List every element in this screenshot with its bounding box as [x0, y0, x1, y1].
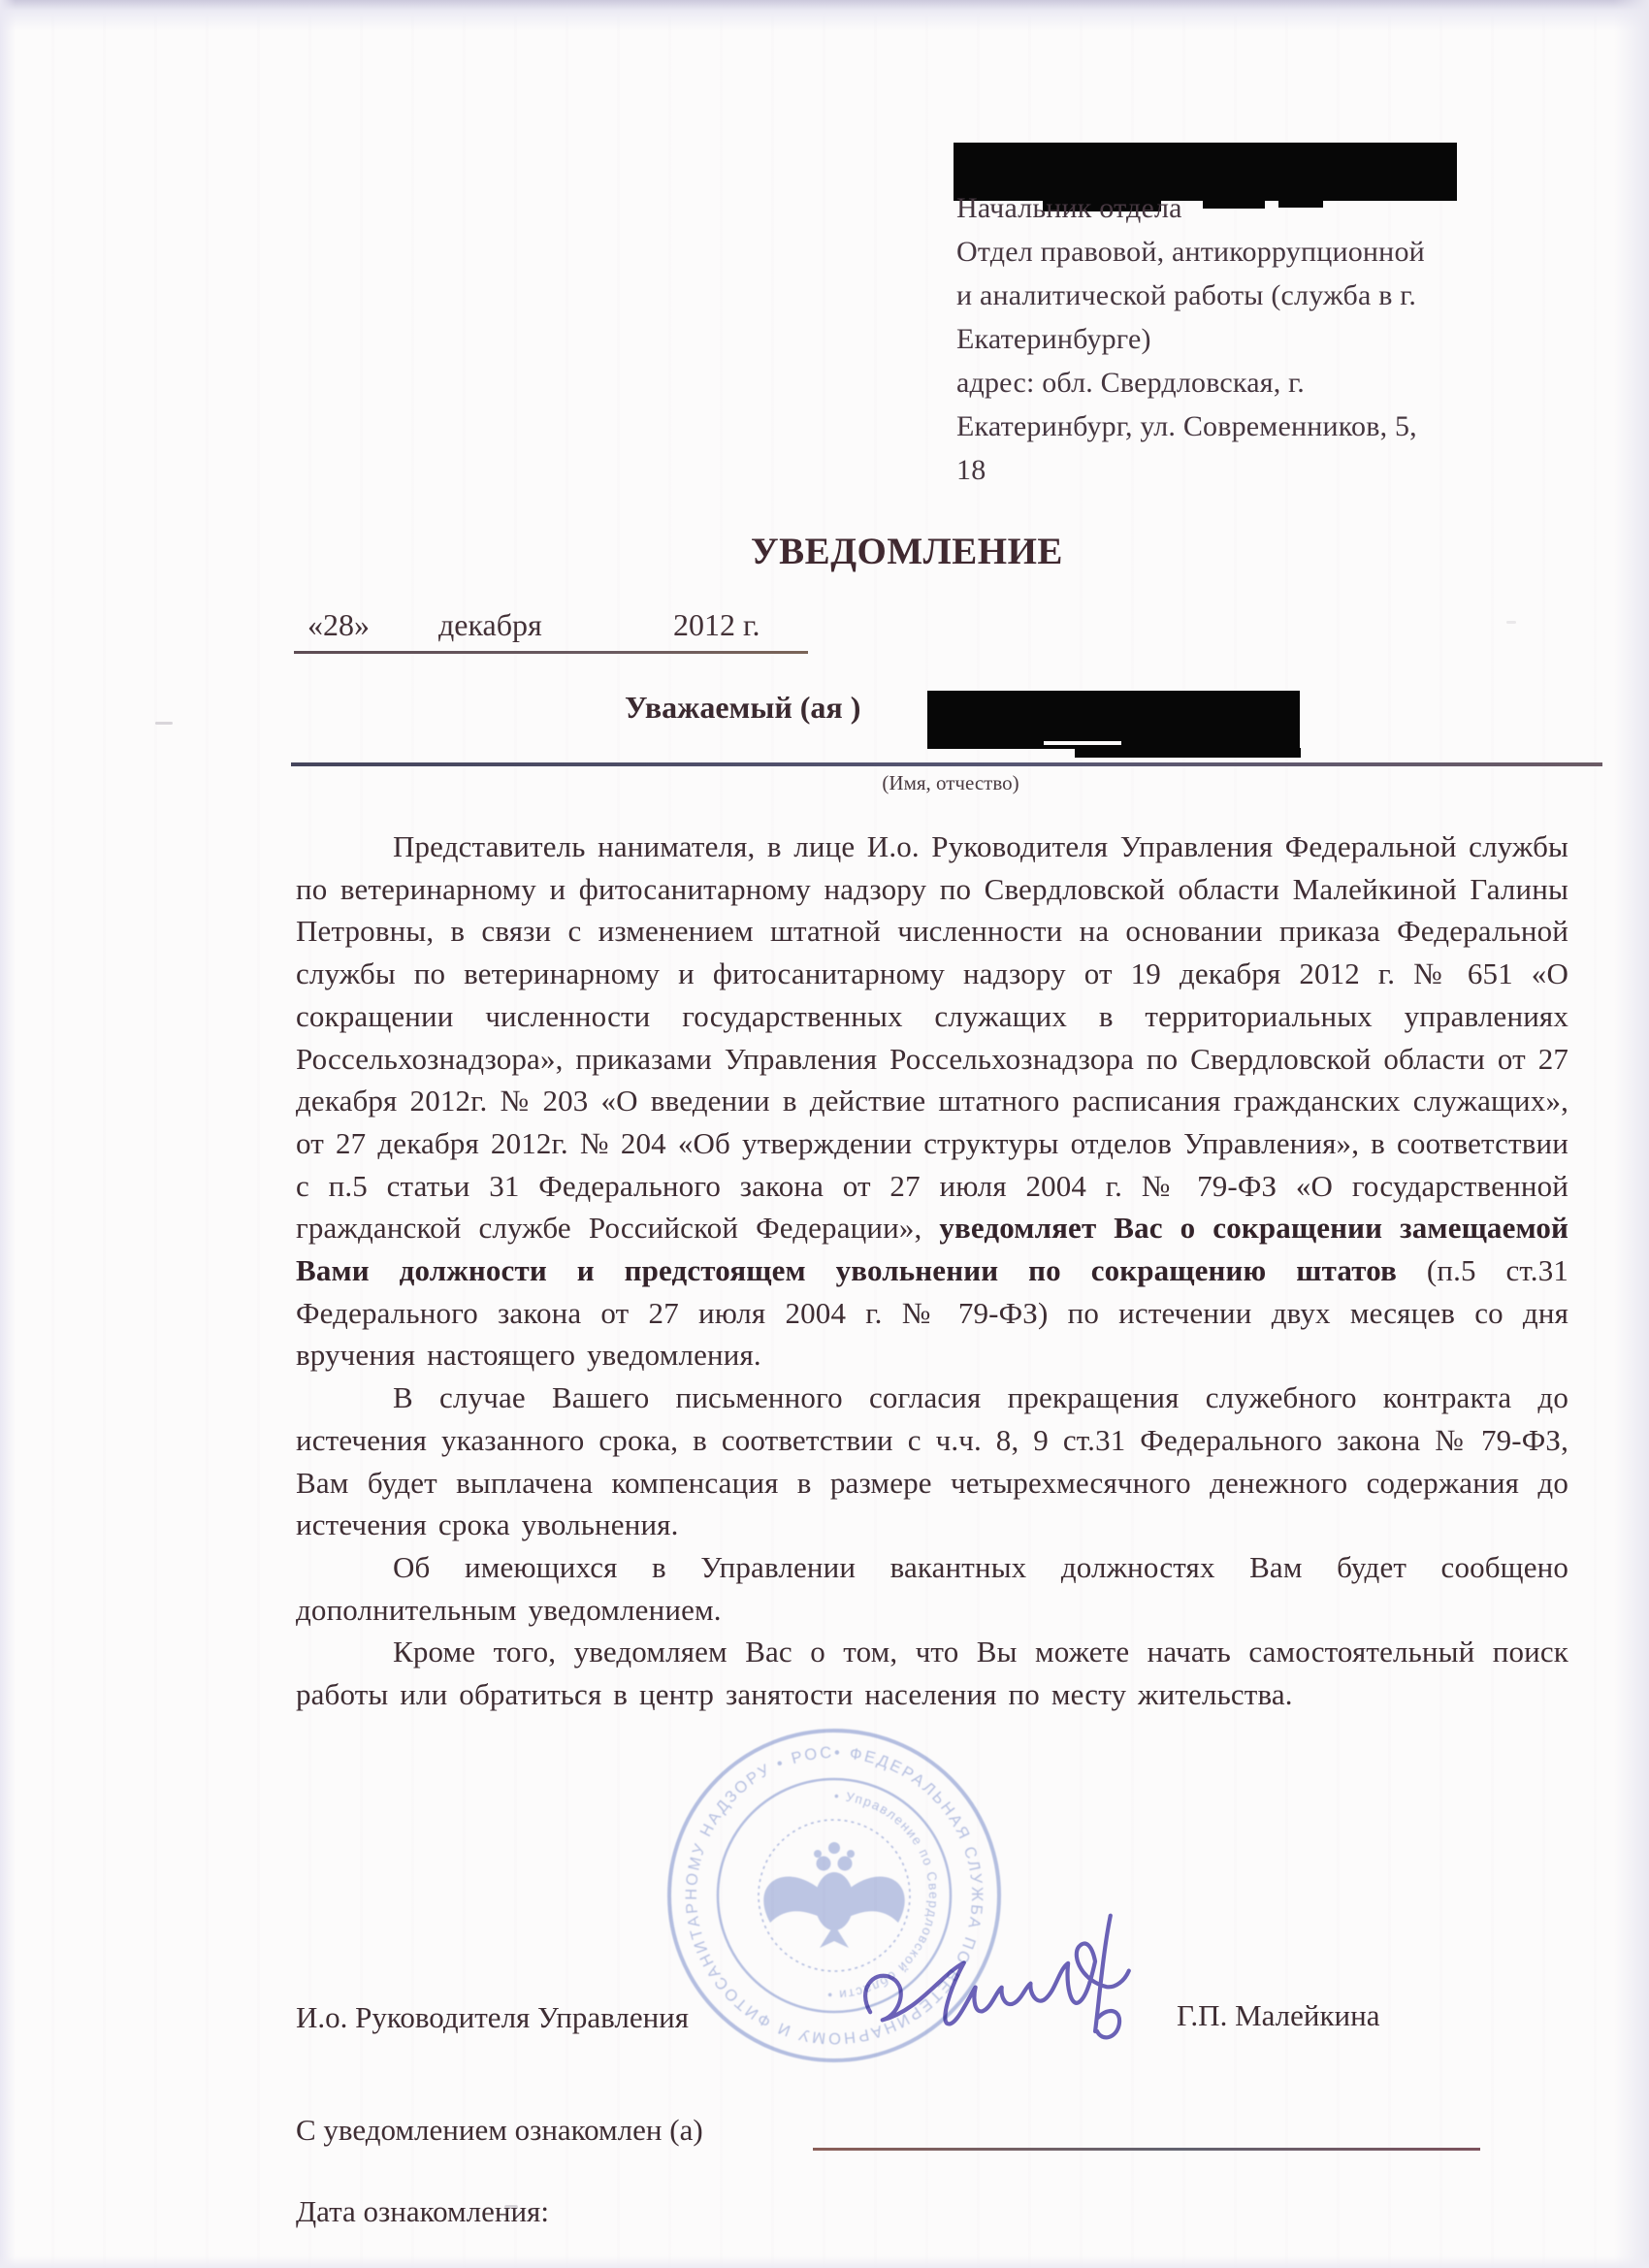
scan-edge-right — [1614, 0, 1649, 2268]
paragraph-2: В случае Вашего письменного согласия пре… — [296, 1377, 1568, 1546]
paragraph-3: Об имеющихся в Управлении вакантных долж… — [296, 1546, 1568, 1631]
recipient-line: Екатеринбург, ул. Современников, 5, — [956, 405, 1606, 448]
scan-edge-bottom — [0, 2256, 1649, 2268]
scan-artifact — [504, 2205, 518, 2209]
redaction-name — [927, 691, 1300, 749]
redaction-name-slit — [1044, 741, 1121, 745]
paragraph-4: Кроме того, уведомляем Вас о том, что Вы… — [296, 1631, 1568, 1715]
acknowledgement-underline — [813, 2148, 1480, 2151]
date-of-acknowledgement-label: Дата ознакомления: — [296, 2194, 549, 2229]
paragraph-1: Представитель нанимателя, в лице И.о. Ру… — [296, 826, 1568, 1377]
date-day: «28» — [307, 607, 370, 643]
body-text: Представитель нанимателя, в лице И.о. Ру… — [296, 826, 1568, 1716]
recipient-line: 18 — [956, 448, 1606, 492]
scan-artifact — [1506, 621, 1516, 624]
date-year: 2012 г. — [673, 607, 760, 643]
signer-name: Г.П. Малейкина — [1177, 1998, 1379, 2033]
recipient-line: и аналитической работы (служба в г. — [956, 274, 1606, 317]
date-month: декабря — [438, 607, 542, 643]
salutation-label: Уважаемый (ая ) — [625, 690, 860, 726]
signer-position: И.о. Руководителя Управления — [296, 2000, 689, 2035]
name-underline — [291, 762, 1602, 766]
name-caption: (Имя, отчество) — [757, 771, 1145, 795]
date-underline — [294, 651, 808, 654]
redaction-name-fragment — [1075, 748, 1301, 758]
scan-edge-top — [0, 0, 1649, 31]
recipient-line: адрес: обл. Свердловская, г. — [956, 361, 1606, 405]
scan-edge-left — [0, 0, 16, 2268]
recipient-block: Начальник отдела Отдел правовой, антикор… — [956, 186, 1606, 492]
date-line: «28» декабря 2012 г. — [0, 607, 1649, 650]
acknowledgement-label: С уведомлением ознакомлен (а) — [296, 2113, 703, 2148]
scanned-notification-document: Начальник отдела Отдел правовой, антикор… — [0, 0, 1649, 2268]
scan-artifact — [155, 722, 173, 725]
document-title: УВЕДОМЛЕНИЕ — [272, 530, 1542, 573]
recipient-line: Начальник отдела — [956, 186, 1606, 230]
paragraph-1-text: Представитель нанимателя, в лице И.о. Ру… — [296, 829, 1568, 1245]
recipient-line: Екатеринбурге) — [956, 317, 1606, 361]
signature-handwriting — [846, 1898, 1177, 2086]
recipient-line: Отдел правовой, антикоррупционной — [956, 230, 1606, 274]
